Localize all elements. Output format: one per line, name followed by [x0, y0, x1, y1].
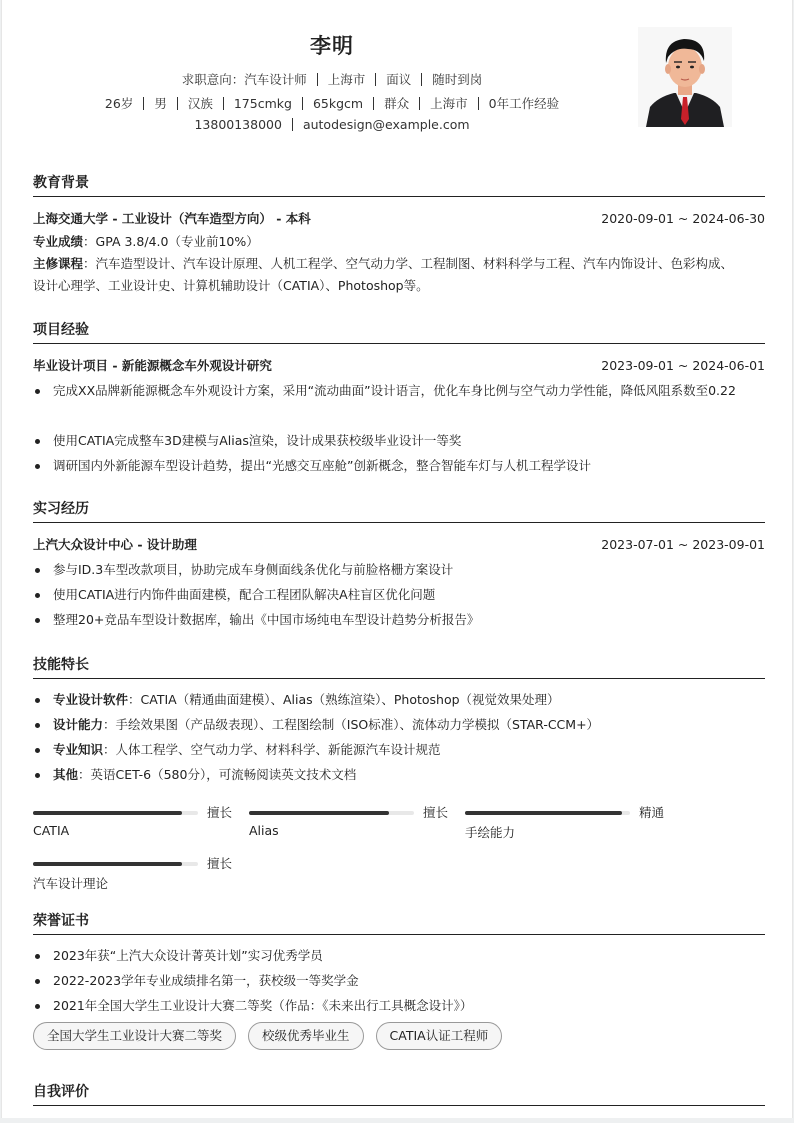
skill-fill: [249, 811, 389, 815]
skill-label: 其他: [53, 767, 78, 782]
skill-bar-alias: 擅长 Alias: [249, 805, 449, 845]
courses-row: 主修课程：汽车造型设计、汽车设计原理、人机工程学、空气动力学、工程制图、材料科学…: [33, 253, 765, 297]
colon: ：: [83, 256, 96, 271]
avatar: [638, 27, 732, 127]
divider: [223, 97, 224, 110]
skill-level: 擅长: [207, 803, 232, 821]
section-title-self-eval: 自我评价: [33, 1081, 765, 1103]
intent-city: 上海市: [328, 72, 366, 87]
education-section: 教育背景 上海交通大学 - 工业设计（汽车造型方向） - 本科 2020-09-…: [33, 172, 765, 297]
section-divider: [33, 934, 765, 935]
project-date: 2023-09-01 ~ 2024-06-01: [601, 353, 765, 378]
project-bullet: 调研国内外新能源车型设计趋势，提出“光感交互座舱”创新概念，整合智能车灯与人机工…: [33, 453, 765, 478]
divider: [373, 97, 374, 110]
section-title-skills: 技能特长: [33, 654, 765, 676]
resume-page: 李明 求职意向：汽车设计师上海市面议随时到岗 26岁男汉族175cmkg65kg…: [1, 0, 793, 1118]
internship-date: 2023-07-01 ~ 2023-09-01: [601, 532, 765, 557]
section-divider: [33, 343, 765, 344]
personal-info-line: 26岁男汉族175cmkg65kgcm群众上海市0年工作经验: [2, 94, 662, 112]
school-degree: 上海交通大学 - 工业设计（汽车造型方向） - 本科: [33, 211, 311, 226]
skill-fill: [33, 862, 182, 866]
internship-bullet: 整理20+竞品车型设计数据库，输出《中国市场纯电车型设计趋势分析报告》: [33, 607, 765, 632]
internship-section: 实习经历 上汽大众设计中心 - 设计助理 2023-07-01 ~ 2023-0…: [33, 498, 765, 632]
skill-track: [33, 811, 198, 815]
political-status: 群众: [384, 96, 409, 111]
skill-label: 专业设计软件: [53, 692, 128, 707]
divider: [419, 97, 420, 110]
gpa-value: GPA 3.8/4.0（专业前10%）: [96, 234, 259, 249]
skill-track: [465, 811, 630, 815]
courses-value-cont: 设计心理学、工业设计史、计算机辅助设计（CATIA）、Photoshop等。: [33, 278, 429, 293]
skill-bar-sketching: 精通 手绘能力: [465, 805, 665, 845]
internship-bullet: 参与ID.3车型改款项目，协助完成车身侧面线条优化与前脸格栅方案设计: [33, 557, 765, 582]
internship-entry: 上汽大众设计中心 - 设计助理 2023-07-01 ~ 2023-09-01: [33, 532, 765, 557]
resume-header: 李明 求职意向：汽车设计师上海市面议随时到岗 26岁男汉族175cmkg65kg…: [2, 0, 792, 150]
skill-fill: [33, 811, 182, 815]
skill-name: CATIA: [33, 823, 69, 838]
phone[interactable]: 13800138000: [194, 117, 281, 132]
project-entry: 毕业设计项目 - 新能源概念车外观设计研究 2023-09-01 ~ 2024-…: [33, 353, 765, 378]
age: 26岁: [105, 96, 133, 111]
skill-bar-design-theory: 擅长 汽车设计理论: [33, 856, 233, 896]
honor-tag: 全国大学生工业设计大赛二等奖: [33, 1022, 236, 1050]
section-title-internship: 实习经历: [33, 498, 765, 520]
work-experience: 0年工作经验: [489, 96, 559, 111]
skill-bar-catia: 擅长 CATIA: [33, 805, 233, 845]
skill-level: 擅长: [423, 803, 448, 821]
courses-label: 主修课程: [33, 256, 83, 271]
section-divider: [33, 522, 765, 523]
job-intent: 求职意向：汽车设计师: [182, 72, 307, 87]
section-divider: [33, 678, 765, 679]
courses-value: 汽车造型设计、汽车设计原理、人机工程学、空气动力学、工程制图、材料科学与工程、汽…: [96, 256, 734, 271]
contact-line: 13800138000autodesign@example.com: [2, 117, 662, 132]
skill-track: [33, 862, 198, 866]
candidate-name: 李明: [2, 30, 662, 60]
skill-level: 精通: [639, 803, 664, 821]
divider: [302, 97, 303, 110]
honor-tags: 全国大学生工业设计大赛二等奖校级优秀毕业生CATIA认证工程师: [33, 1022, 765, 1050]
section-title-projects: 项目经验: [33, 319, 765, 341]
section-title-education: 教育背景: [33, 172, 765, 194]
skill-item: 专业设计软件：CATIA（精通曲面建模）、Alias（熟练渲染）、Photosh…: [33, 687, 765, 712]
education-date: 2020-09-01 ~ 2024-06-30: [601, 206, 765, 231]
colon: ：: [83, 234, 96, 249]
honor-item: 2021年全国大学生工业设计大赛二等奖（作品：《未来出行工具概念设计》）: [33, 993, 765, 1018]
section-divider: [33, 1105, 765, 1106]
project-name: 毕业设计项目 - 新能源概念车外观设计研究: [33, 358, 272, 373]
gender: 男: [154, 96, 167, 111]
honors-section: 荣誉证书 2023年获“上汽大众设计菁英计划”实习优秀学员 2022-2023学…: [33, 910, 765, 1050]
skill-name: Alias: [249, 823, 279, 838]
project-bullet: 使用CATIA完成整车3D建模与Alias渲染，设计成果获校级毕业设计一等奖: [33, 428, 765, 453]
education-entry: 上海交通大学 - 工业设计（汽车造型方向） - 本科 2020-09-01 ~ …: [33, 206, 765, 231]
job-intent-line: 求职意向：汽车设计师上海市面议随时到岗: [2, 70, 662, 88]
honor-tag: CATIA认证工程师: [376, 1022, 503, 1050]
divider: [421, 73, 422, 86]
skill-label: 设计能力: [53, 717, 103, 732]
skill-item: 专业知识：人体工程学、空气动力学、材料科学、新能源汽车设计规范: [33, 737, 765, 762]
skill-item: 其他：英语CET-6（580分），可流畅阅读英文技术文档: [33, 762, 765, 787]
divider: [177, 97, 178, 110]
skill-name: 手绘能力: [465, 823, 515, 841]
intent-availability: 随时到岗: [432, 72, 482, 87]
weight: 65kgcm: [313, 96, 363, 111]
section-title-honors: 荣誉证书: [33, 910, 765, 932]
height: 175cmkg: [234, 96, 292, 111]
internship-bullet: 使用CATIA进行内饰件曲面建模，配合工程团队解决A柱盲区优化问题: [33, 582, 765, 607]
skill-label: 专业知识: [53, 742, 103, 757]
skill-fill: [465, 811, 622, 815]
skill-value: 英语CET-6（580分），可流畅阅读英文技术文档: [91, 767, 357, 782]
projects-section: 项目经验 毕业设计项目 - 新能源概念车外观设计研究 2023-09-01 ~ …: [33, 319, 765, 478]
self-eval-section: 自我评价: [33, 1081, 765, 1106]
project-bullet: 完成XX品牌新能源概念车外观设计方案，采用“流动曲面”设计语言，优化车身比例与空…: [33, 378, 765, 428]
honor-tag: 校级优秀毕业生: [248, 1022, 364, 1050]
residence: 上海市: [430, 96, 468, 111]
gpa-label: 专业成绩: [33, 234, 83, 249]
intent-salary: 面议: [386, 72, 411, 87]
skill-value: 手绘效果图（产品级表现）、工程图绘制（ISO标准）、流体动力学模拟（STAR-C…: [116, 717, 600, 732]
avatar-portrait-icon: [638, 27, 732, 127]
divider: [143, 97, 144, 110]
skill-value: 人体工程学、空气动力学、材料科学、新能源汽车设计规范: [116, 742, 441, 757]
skills-section: 技能特长 专业设计软件：CATIA（精通曲面建模）、Alias（熟练渲染）、Ph…: [33, 654, 765, 787]
skill-value: CATIA（精通曲面建模）、Alias（熟练渲染）、Photoshop（视觉效果…: [141, 692, 560, 707]
ethnicity: 汉族: [188, 96, 213, 111]
skill-track: [249, 811, 414, 815]
skill-level: 擅长: [207, 854, 232, 872]
gpa-row: 专业成绩：GPA 3.8/4.0（专业前10%）: [33, 231, 765, 253]
honor-item: 2023年获“上汽大众设计菁英计划”实习优秀学员: [33, 943, 765, 968]
email[interactable]: autodesign@example.com: [303, 117, 470, 132]
divider: [292, 118, 293, 131]
skill-name: 汽车设计理论: [33, 874, 108, 892]
honor-item: 2022-2023学年专业成绩排名第一，获校级一等奖学金: [33, 968, 765, 993]
skill-item: 设计能力：手绘效果图（产品级表现）、工程图绘制（ISO标准）、流体动力学模拟（S…: [33, 712, 765, 737]
divider: [375, 73, 376, 86]
section-divider: [33, 196, 765, 197]
divider: [317, 73, 318, 86]
divider: [478, 97, 479, 110]
company-role: 上汽大众设计中心 - 设计助理: [33, 537, 197, 552]
